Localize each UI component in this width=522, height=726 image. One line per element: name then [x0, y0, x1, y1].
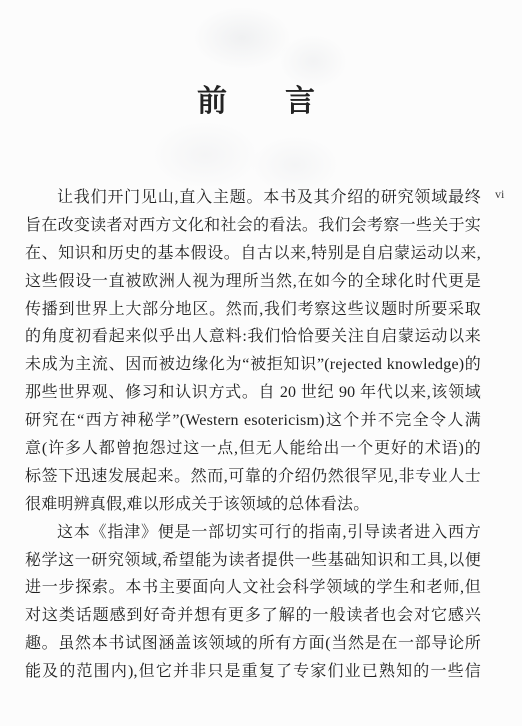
text-line: 秘学这一研究领域,希望能为读者提供一些基础知识和工具,以便 [25, 547, 481, 575]
book-page: 前 言 vi 让我们开门见山,直入主题。本书及其介绍的研究领域最终 旨在改变读者… [0, 0, 522, 726]
text-line: 很难明辨真假,难以形成关于该领域的总体看法。 [25, 491, 481, 519]
text-line: 意(许多人都曾抱怨过这一点,但无人能给出一个更好的术语)的 [25, 435, 481, 463]
text-line: 这些假设一直被欧洲人视为理所当然,在如今的全球化时代更是 [25, 268, 481, 296]
scan-smudge [150, 120, 260, 190]
text-line: 能及的范围内),但它并非只是重复了专家们业已熟知的一些信 [25, 658, 481, 686]
text-line: 的角度初看起来似乎出人意料:我们恰恰要关注自启蒙运动以来 [25, 323, 481, 351]
text-line: 传播到世界上大部分地区。然而,我们考察这些议题时所要采取 [25, 296, 481, 324]
text-line: 标签下迅速发展起来。然而,可靠的介绍仍然很罕见,非专业人士 [25, 463, 481, 491]
margin-page-number: vi [495, 187, 504, 202]
text-line: 进一步探索。本书主要面向人文社会科学领域的学生和老师,但 [25, 574, 481, 602]
text-line: 未成为主流、因而被边缘化为“被拒知识”(rejected knowledge)的 [25, 351, 481, 379]
text-line: 在、知识和历史的基本假设。自古以来,特别是自启蒙运动以来, [25, 240, 481, 268]
preface-text: 让我们开门见山,直入主题。本书及其介绍的研究领域最终 旨在改变读者对西方文化和社… [25, 184, 481, 686]
text-line: 趣。虽然本书试图涵盖该领域的所有方面(当然是在一部导论所 [25, 630, 481, 658]
scan-smudge [192, 6, 292, 70]
text-line: 研究在“西方神秘学”(Western esotericism)这个并不完全令人满 [25, 407, 481, 435]
text-line: 这本《指津》便是一部切实可行的指南,引导读者进入西方神 [25, 519, 481, 547]
title-char: 言 [285, 76, 315, 120]
text-line: 那些世界观、修习和认识方式。自 20 世纪 90 年代以来,该领域的 [25, 379, 481, 407]
page-title: 前 言 [0, 76, 512, 120]
text-line: 对这类话题感到好奇并想有更多了解的一般读者也会对它感兴 [25, 602, 481, 630]
text-line: 旨在改变读者对西方文化和社会的看法。我们会考察一些关于实 [25, 212, 481, 240]
text-line: 让我们开门见山,直入主题。本书及其介绍的研究领域最终 [25, 184, 481, 212]
title-char: 前 [197, 76, 227, 120]
